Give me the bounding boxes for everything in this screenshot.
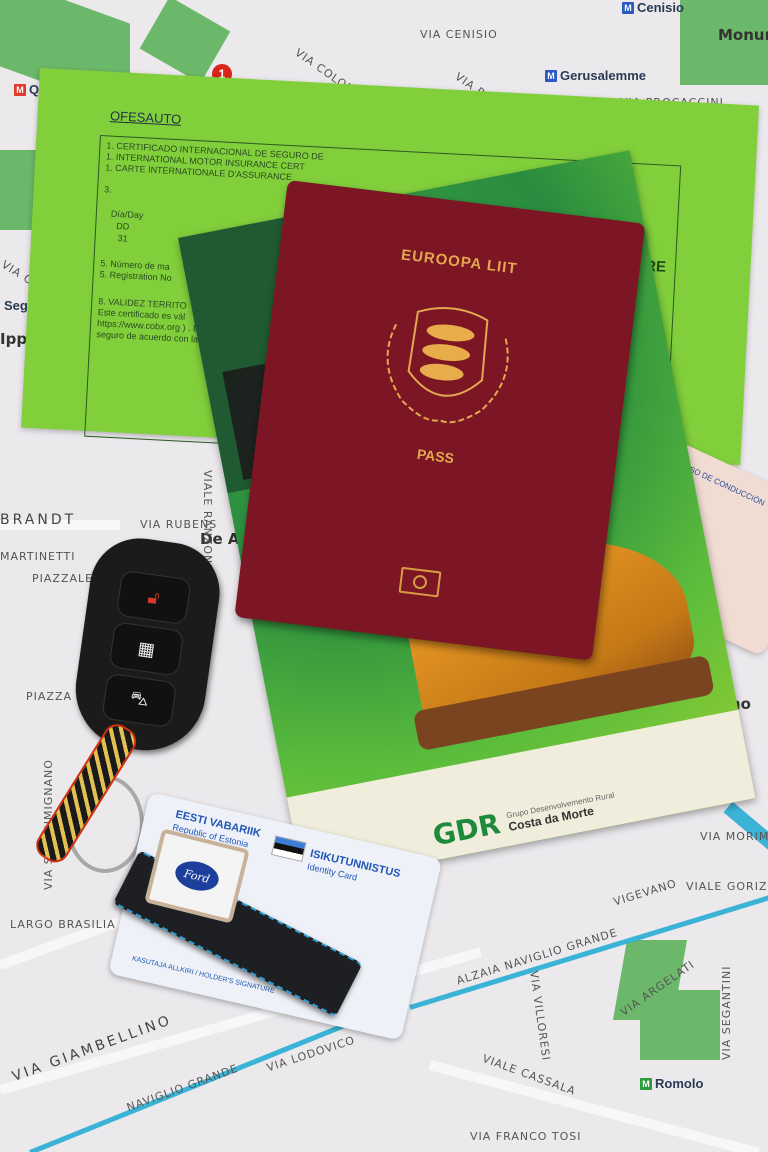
street-label: VIA SEGANTINI bbox=[720, 966, 733, 1060]
photo-scene: MQT8 MGerusalemme MCenisio Segesta MRomo… bbox=[0, 0, 768, 1152]
canal bbox=[724, 802, 768, 851]
green-card-date-value: 31 bbox=[117, 233, 128, 244]
street-label: VIA CENISIO bbox=[420, 28, 498, 41]
coat-of-arms-icon bbox=[363, 282, 530, 449]
ford-logo-icon: Ford bbox=[172, 857, 221, 895]
street-label: NAVIGLIO GRANDE bbox=[125, 1062, 240, 1114]
street-label: VIALE RANZONI bbox=[201, 470, 214, 569]
trunk-icon: ⛍ bbox=[101, 673, 177, 728]
street-label: VIA VILLORESI bbox=[527, 970, 553, 1062]
metro-station-romolo: MRomolo bbox=[640, 1076, 703, 1091]
street-label: VIA FRANCO TOSI bbox=[470, 1130, 582, 1143]
passport-header: EUROOPA LIIT bbox=[280, 232, 639, 293]
street-label: MARTINETTI bbox=[0, 550, 76, 563]
lock-icon: ▦ bbox=[109, 621, 185, 676]
street-label: LARGO BRASILIA bbox=[10, 918, 116, 931]
biometric-chip-icon bbox=[399, 567, 442, 598]
street-label: VIA MORIMONDO bbox=[700, 830, 768, 843]
estonian-passport: EUROOPA LIIT PASS bbox=[234, 180, 645, 661]
place-label: Monume bbox=[718, 26, 768, 44]
street-label: BRANDT bbox=[0, 512, 76, 528]
metro-station-cenisio: MCenisio bbox=[622, 0, 684, 15]
unlock-icon: 🔓︎ bbox=[116, 570, 192, 625]
green-card-date-label: DD bbox=[116, 221, 130, 232]
green-card-date-label: Día/Day bbox=[111, 209, 144, 221]
street-label: VIGEVANO bbox=[612, 877, 678, 909]
estonian-flag-icon bbox=[271, 835, 307, 862]
green-card-field: 3. bbox=[104, 184, 112, 194]
metro-station-gerusalemme: MGerusalemme bbox=[545, 68, 646, 83]
street-label: VIALE GORIZIA bbox=[686, 880, 768, 893]
park-area bbox=[640, 990, 720, 1060]
